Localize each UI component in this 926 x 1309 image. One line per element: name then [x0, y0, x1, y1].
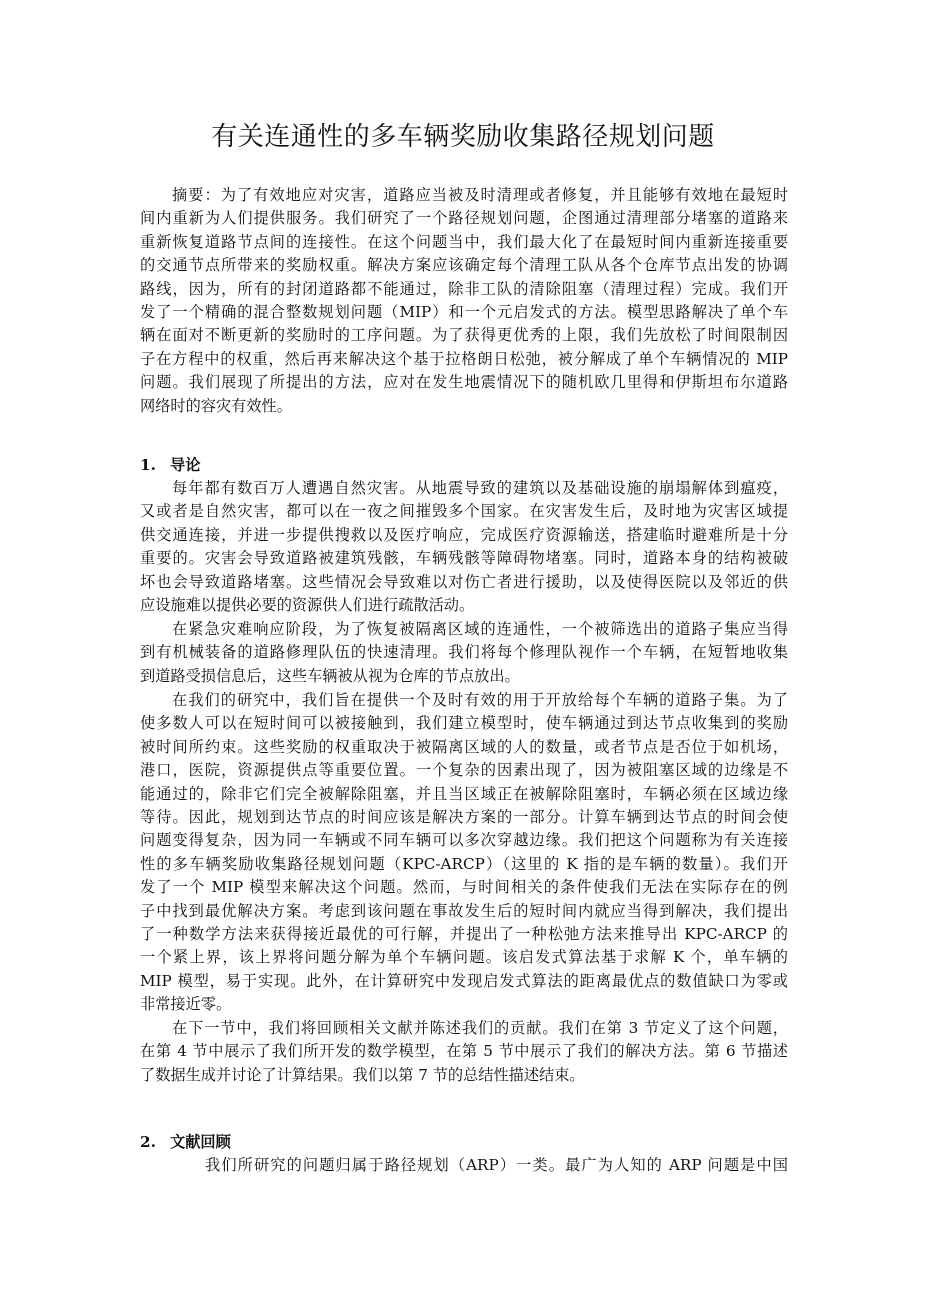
paragraph-line: 性的多车辆奖励收集路径规划问题（KPC-ARCP）（这里的 K 指的是车辆的数量… [140, 853, 788, 876]
paragraph-line: 一个紧上界，该上界将问题分解为单个车辆问题。该启发式算法基于求解 K 个，单车辆… [140, 946, 788, 969]
document-page: 有关连通性的多车辆奖励收集路径规划问题 摘要：为了有效地应对灾害，道路应当被及时… [0, 0, 926, 1309]
paragraph-line: 我们所研究的问题归属于路径规划（ARP）一类。最广为人知的 ARP 问题是中国 [140, 1154, 788, 1177]
paragraph: 在下一节中，我们将回顾相关文献并陈述我们的贡献。我们在第 3 节定义了这个问题，… [140, 1017, 788, 1087]
paragraph-line: 又或者是自然灾害，都可以在一夜之间摧毁多个国家。在灾害发生后，及时地为灾害区域提 [140, 500, 788, 523]
paragraph-line: 子中找到最优解决方案。考虑到该问题在事故发生后的短时间内就应当得到解决，我们提出 [140, 900, 788, 923]
abstract-line: 的交通节点所带来的奖励权重。解决方案应该确定每个清理工队从各个仓库节点出发的协调 [140, 254, 788, 277]
section-title: 文献回顾 [170, 1133, 231, 1151]
paragraph: 我们所研究的问题归属于路径规划（ARP）一类。最广为人知的 ARP 问题是中国 [140, 1154, 788, 1177]
abstract-line: 网络时的容灾有效性。 [140, 395, 788, 418]
paragraph-line: MIP 模型，易于实现。此外，在计算研究中发现启发式算法的距离最优点的数值缺口为… [140, 970, 788, 993]
paragraph-line: 在我们的研究中，我们旨在提供一个及时有效的用于开放给每个车辆的道路子集。为了 [140, 689, 788, 712]
paragraph: 每年都有数百万人遭遇自然灾害。从地震导致的建筑以及基础设施的崩塌解体到瘟疫， 又… [140, 477, 788, 617]
paragraph-line: 每年都有数百万人遭遇自然灾害。从地震导致的建筑以及基础设施的崩塌解体到瘟疫， [140, 477, 788, 500]
paper-title: 有关连通性的多车辆奖励收集路径规划问题 [0, 117, 926, 157]
paragraph-line: 在紧急灾难响应阶段，为了恢复被隔离区域的连通性，一个被筛选出的道路子集应当得 [140, 618, 788, 641]
paragraph-line: 问题变得复杂，因为同一车辆或不同车辆可以多次穿越边缘。我们把这个问题称为有关连接 [140, 829, 788, 852]
paragraph-line: 发了一个 MIP 模型来解决这个问题。然而，与时间相关的条件使我们无法在实际存在… [140, 876, 788, 899]
paragraph-line: 能通过的，除非它们完全被解除阻塞，并且当区域正在被解除阻塞时，车辆必须在区域边缘 [140, 783, 788, 806]
paragraph-line: 供交通连接，并进一步提供搜救以及医疗响应，完成医疗资源输送，搭建临时避难所是十分 [140, 524, 788, 547]
section-heading-literature-review: 2.文献回顾 [140, 1131, 231, 1154]
section-number: 1. [140, 454, 170, 477]
paragraph-line: 坏也会导致道路堵塞。这些情况会导致难以对伤亡者进行援助，以及使得医院以及邻近的供 [140, 571, 788, 594]
paragraph-line: 重要的。灾害会导致道路被建筑残骸，车辆残骸等障碍物堵塞。同时，道路本身的结构被破 [140, 547, 788, 570]
abstract: 摘要：为了有效地应对灾害，道路应当被及时清理或者修复，并且能够有效地在最短时 间… [140, 184, 788, 418]
paragraph-line: 了一种数学方法来获得接近最优的可行解，并提出了一种松弛方法来推导出 KPC-AR… [140, 923, 788, 946]
paragraph-line: 应设施难以提供必要的资源供人们进行疏散活动。 [140, 594, 788, 617]
section-number: 2. [140, 1131, 170, 1154]
section-title: 导论 [170, 456, 200, 474]
abstract-line: 问题。我们展现了所提出的方法，应对在发生地震情况下的随机欧几里得和伊斯坦布尔道路 [140, 371, 788, 394]
paragraph-line: 在下一节中，我们将回顾相关文献并陈述我们的贡献。我们在第 3 节定义了这个问题， [140, 1017, 788, 1040]
paragraph-line: 非常接近零。 [140, 993, 788, 1016]
paragraph-line: 到道路受损信息后，这些车辆被从视为仓库的节点放出。 [140, 665, 788, 688]
abstract-line: 子在方程中的权重，然后再来解决这个基于拉格朗日松弛，被分解成了单个车辆情况的 M… [140, 348, 788, 371]
abstract-line: 摘要：为了有效地应对灾害，道路应当被及时清理或者修复，并且能够有效地在最短时 [140, 184, 788, 207]
paragraph: 在紧急灾难响应阶段，为了恢复被隔离区域的连通性，一个被筛选出的道路子集应当得 到… [140, 618, 788, 688]
paragraph-line: 到有机械装备的道路修理队伍的快速清理。我们将每个修理队视作一个车辆，在短暂地收集 [140, 641, 788, 664]
paragraph-line: 使多数人可以在短时间可以被接触到，我们建立模型时，使车辆通过到达节点收集到的奖励 [140, 712, 788, 735]
abstract-line: 间内重新为人们提供服务。我们研究了一个路径规划问题，企图通过清理部分堵塞的道路来 [140, 207, 788, 230]
abstract-line: 发了一个精确的混合整数规划问题（MIP）和一个元启发式的方法。模型思路解决了单个… [140, 301, 788, 324]
section-heading-introduction: 1.导论 [140, 454, 200, 477]
paragraph-line: 港口，医院，资源提供点等重要位置。一个复杂的因素出现了，因为被阻塞区域的边缘是不 [140, 759, 788, 782]
abstract-line: 辆在面对不断更新的奖励时的工序问题。为了获得更优秀的上限，我们先放松了时间限制因 [140, 324, 788, 347]
paragraph-line: 在第 4 节中展示了我们所开发的数学模型，在第 5 节中展示了我们的解决方法。第… [140, 1040, 788, 1063]
paragraph: 在我们的研究中，我们旨在提供一个及时有效的用于开放给每个车辆的道路子集。为了 使… [140, 689, 788, 1016]
abstract-line: 重新恢复道路节点间的连接性。在这个问题当中，我们最大化了在最短时间内重新连接重要 [140, 231, 788, 254]
paragraph-line: 等待。因此，规划到达节点的时间应该是解决方案的一部分。计算车辆到达节点的时间会使 [140, 806, 788, 829]
paragraph-line: 被时间所约束。这些奖励的权重取决于被隔离区域的人的数量，或者节点是否位于如机场， [140, 736, 788, 759]
paragraph-line: 了数据生成并讨论了计算结果。我们以第 7 节的总结性描述结束。 [140, 1064, 788, 1087]
abstract-line: 路线，因为，所有的封闭道路都不能通过，除非工队的清除阻塞（清理过程）完成。我们开 [140, 278, 788, 301]
